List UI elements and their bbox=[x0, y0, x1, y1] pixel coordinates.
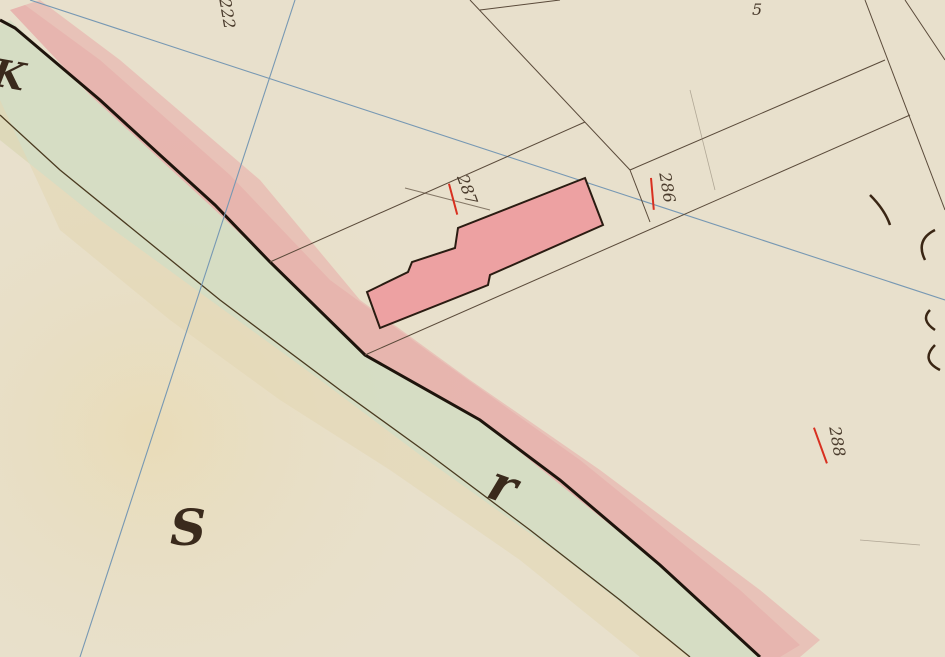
parcel-fragment-top-right: 5 bbox=[752, 0, 762, 19]
cadastral-map: 287 286 288 222 5 K r S bbox=[0, 0, 945, 657]
section-letter-s: S bbox=[170, 498, 206, 557]
map-canvas bbox=[0, 0, 945, 657]
